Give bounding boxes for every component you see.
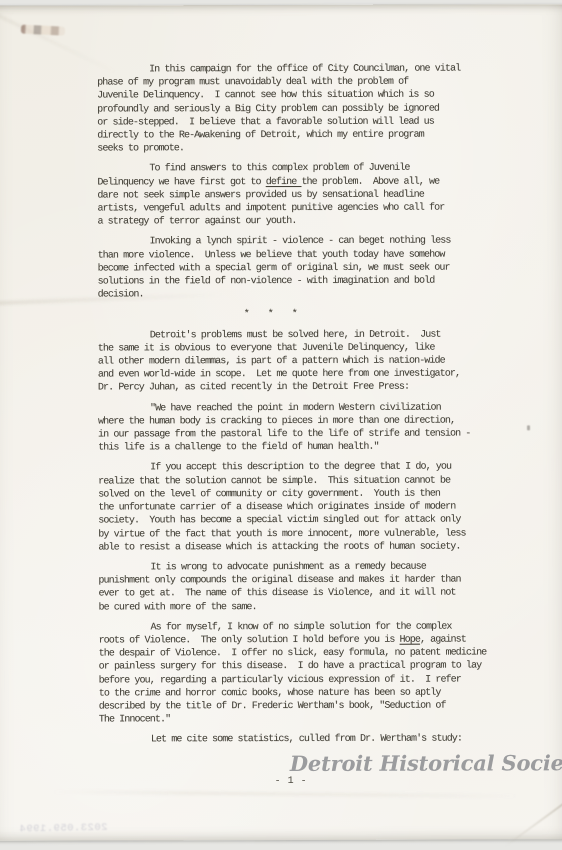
paragraph: If you accept this description to the de…: [98, 461, 500, 554]
paragraph-text: Let me cite some statistics, culled from…: [151, 734, 462, 746]
paragraph: "We have reached the point in modern Wes…: [98, 401, 500, 455]
paragraph-text: Invoking a lynch spirit - violence - can…: [98, 236, 451, 301]
paragraph-text: It is wrong to advocate punishment as a …: [98, 562, 460, 613]
paragraph-text: In this campaign for the office of City …: [97, 64, 460, 155]
paragraph: Invoking a lynch spirit - violence - can…: [98, 235, 500, 302]
paragraph-text: Detroit's problems must be solved here, …: [98, 329, 460, 394]
paragraph: Detroit's problems must be solved here, …: [98, 328, 500, 395]
corner-fold-crease: [504, 797, 562, 847]
bleedthrough-accession-text: 2023.059.1994: [19, 822, 108, 836]
underlined-text: define: [266, 177, 302, 188]
document-body: In this campaign for the office of City …: [97, 62, 501, 754]
paper-crease: [50, 791, 520, 798]
page-number: - 1 -: [99, 775, 501, 787]
paragraph: To find answers to this complex problem …: [97, 162, 499, 229]
paragraph: Let me cite some statistics, culled from…: [99, 733, 501, 747]
paragraph: As for myself, I know of no simple solut…: [99, 620, 501, 727]
section-separator: * * *: [98, 308, 500, 322]
paragraph-text: "We have reached the point in modern Wes…: [98, 402, 470, 454]
paragraph: It is wrong to advocate punishment as a …: [98, 560, 500, 614]
underlined-text: Hope: [400, 635, 420, 646]
paragraph-text: , against the despair of Violence. I off…: [99, 634, 487, 725]
paragraph-text: If you accept this description to the de…: [98, 462, 465, 553]
paragraph: In this campaign for the office of City …: [97, 62, 499, 155]
scan-background: In this campaign for the office of City …: [0, 0, 562, 850]
stray-ink-mark: [527, 425, 530, 430]
stain-mark: [21, 25, 65, 36]
watermark-text: Detroit Historical Society: [290, 750, 562, 776]
document-page: In this campaign for the office of City …: [0, 4, 562, 840]
